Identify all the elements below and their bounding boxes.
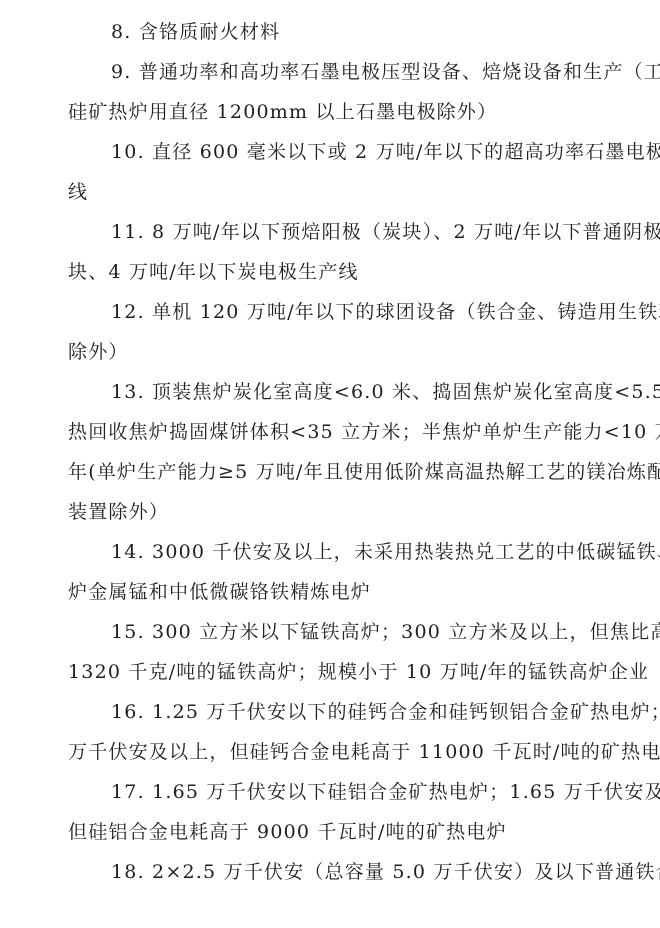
text-line: 18. 2×2.5 万千伏安（总容量 5.0 万千伏安）及以下普通铁合金矿 bbox=[25, 852, 637, 892]
list-item-9: 9. 普通功率和高功率石墨电极压型设备、焙烧设备和生产（工业 硅矿热炉用直径 1… bbox=[25, 52, 637, 132]
list-item-16: 16. 1.25 万千伏安以下的硅钙合金和硅钙钡铝合金矿热电炉；1.25 万千伏… bbox=[25, 692, 637, 772]
text-line: 但硅铝合金电耗高于 9000 千瓦时/吨的矿热电炉 bbox=[25, 812, 637, 852]
text-line: 热回收焦炉捣固煤饼体积<35 立方米；半焦炉单炉生产能力<10 万吨/ bbox=[25, 412, 637, 452]
document-body: 8. 含铬质耐火材料 9. 普通功率和高功率石墨电极压型设备、焙烧设备和生产（工… bbox=[25, 12, 637, 892]
text-line: 10. 直径 600 毫米以下或 2 万吨/年以下的超高功率石墨电极生产 bbox=[25, 132, 637, 172]
text-line: 万千伏安及以上，但硅钙合金电耗高于 11000 千瓦时/吨的矿热电炉 bbox=[25, 732, 637, 772]
list-item-13: 13. 顶装焦炉炭化室高度<6.0 米、捣固焦炉炭化室高度<5.5 米； 热回收… bbox=[25, 372, 637, 532]
text-line: 年(单炉生产能力≥5 万吨/年且使用低阶煤高温热解工艺的镁冶炼配气 bbox=[25, 452, 637, 492]
text-line: 13. 顶装焦炉炭化室高度<6.0 米、捣固焦炉炭化室高度<5.5 米； bbox=[25, 372, 637, 412]
text-line: 块、4 万吨/年以下炭电极生产线 bbox=[25, 252, 637, 292]
text-line: 除外） bbox=[25, 332, 637, 372]
list-item-11: 11. 8 万吨/年以下预焙阳极（炭块）、2 万吨/年以下普通阴极炭 块、4 万… bbox=[25, 212, 637, 292]
text-line: 11. 8 万吨/年以下预焙阳极（炭块）、2 万吨/年以下普通阴极炭 bbox=[25, 212, 637, 252]
text-line: 1320 千克/吨的锰铁高炉；规模小于 10 万吨/年的锰铁高炉企业 bbox=[25, 652, 637, 692]
text-line: 9. 普通功率和高功率石墨电极压型设备、焙烧设备和生产（工业 bbox=[25, 52, 637, 92]
text-line: 8. 含铬质耐火材料 bbox=[25, 12, 637, 52]
list-item-8: 8. 含铬质耐火材料 bbox=[25, 12, 637, 52]
list-item-10: 10. 直径 600 毫米以下或 2 万吨/年以下的超高功率石墨电极生产 线 bbox=[25, 132, 637, 212]
text-line: 14. 3000 千伏安及以上，未采用热装热兑工艺的中低碳锰铁、电 bbox=[25, 532, 637, 572]
list-item-17: 17. 1.65 万千伏安以下硅铝合金矿热电炉；1.65 万千伏安及以上， 但硅… bbox=[25, 772, 637, 852]
text-line: 16. 1.25 万千伏安以下的硅钙合金和硅钙钡铝合金矿热电炉；1.25 bbox=[25, 692, 637, 732]
list-item-12: 12. 单机 120 万吨/年以下的球团设备（铁合金、铸造用生铁球团 除外） bbox=[25, 292, 637, 372]
text-line: 装置除外） bbox=[25, 492, 637, 532]
list-item-18: 18. 2×2.5 万千伏安（总容量 5.0 万千伏安）及以下普通铁合金矿 bbox=[25, 852, 637, 892]
text-line: 17. 1.65 万千伏安以下硅铝合金矿热电炉；1.65 万千伏安及以上， bbox=[25, 772, 637, 812]
text-line: 15. 300 立方米以下锰铁高炉；300 立方米及以上，但焦比高于 bbox=[25, 612, 637, 652]
list-item-14: 14. 3000 千伏安及以上，未采用热装热兑工艺的中低碳锰铁、电 炉金属锰和中… bbox=[25, 532, 637, 612]
text-line: 炉金属锰和中低微碳铬铁精炼电炉 bbox=[25, 572, 637, 612]
text-line: 硅矿热炉用直径 1200mm 以上石墨电极除外） bbox=[25, 92, 637, 132]
text-line: 12. 单机 120 万吨/年以下的球团设备（铁合金、铸造用生铁球团 bbox=[25, 292, 637, 332]
list-item-15: 15. 300 立方米以下锰铁高炉；300 立方米及以上，但焦比高于 1320 … bbox=[25, 612, 637, 692]
text-line: 线 bbox=[25, 172, 637, 212]
